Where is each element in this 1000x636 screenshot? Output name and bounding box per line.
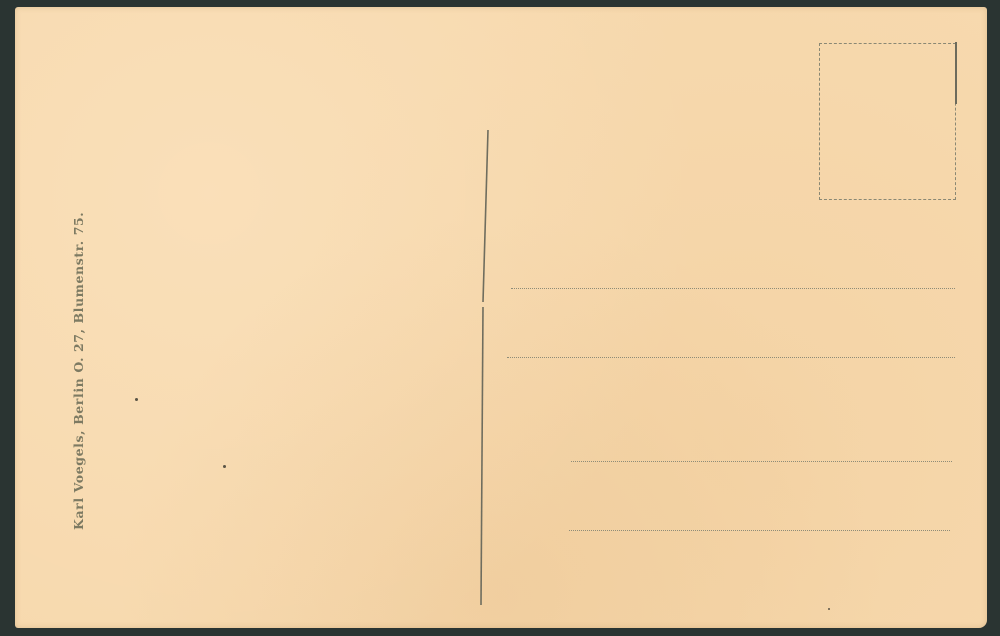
address-line-4: [569, 530, 950, 531]
paper-speck: [135, 398, 138, 401]
paper-speck: [828, 608, 830, 610]
address-line-1: [511, 288, 955, 289]
stamp-placeholder-box: [819, 43, 956, 200]
postcard-back: Karl Voegels, Berlin O. 27, Blumenstr. 7…: [15, 7, 987, 628]
stamp-box-edge: [955, 42, 957, 104]
paper-speck: [223, 465, 226, 468]
address-line-2: [507, 357, 955, 358]
address-line-3: [571, 461, 952, 462]
